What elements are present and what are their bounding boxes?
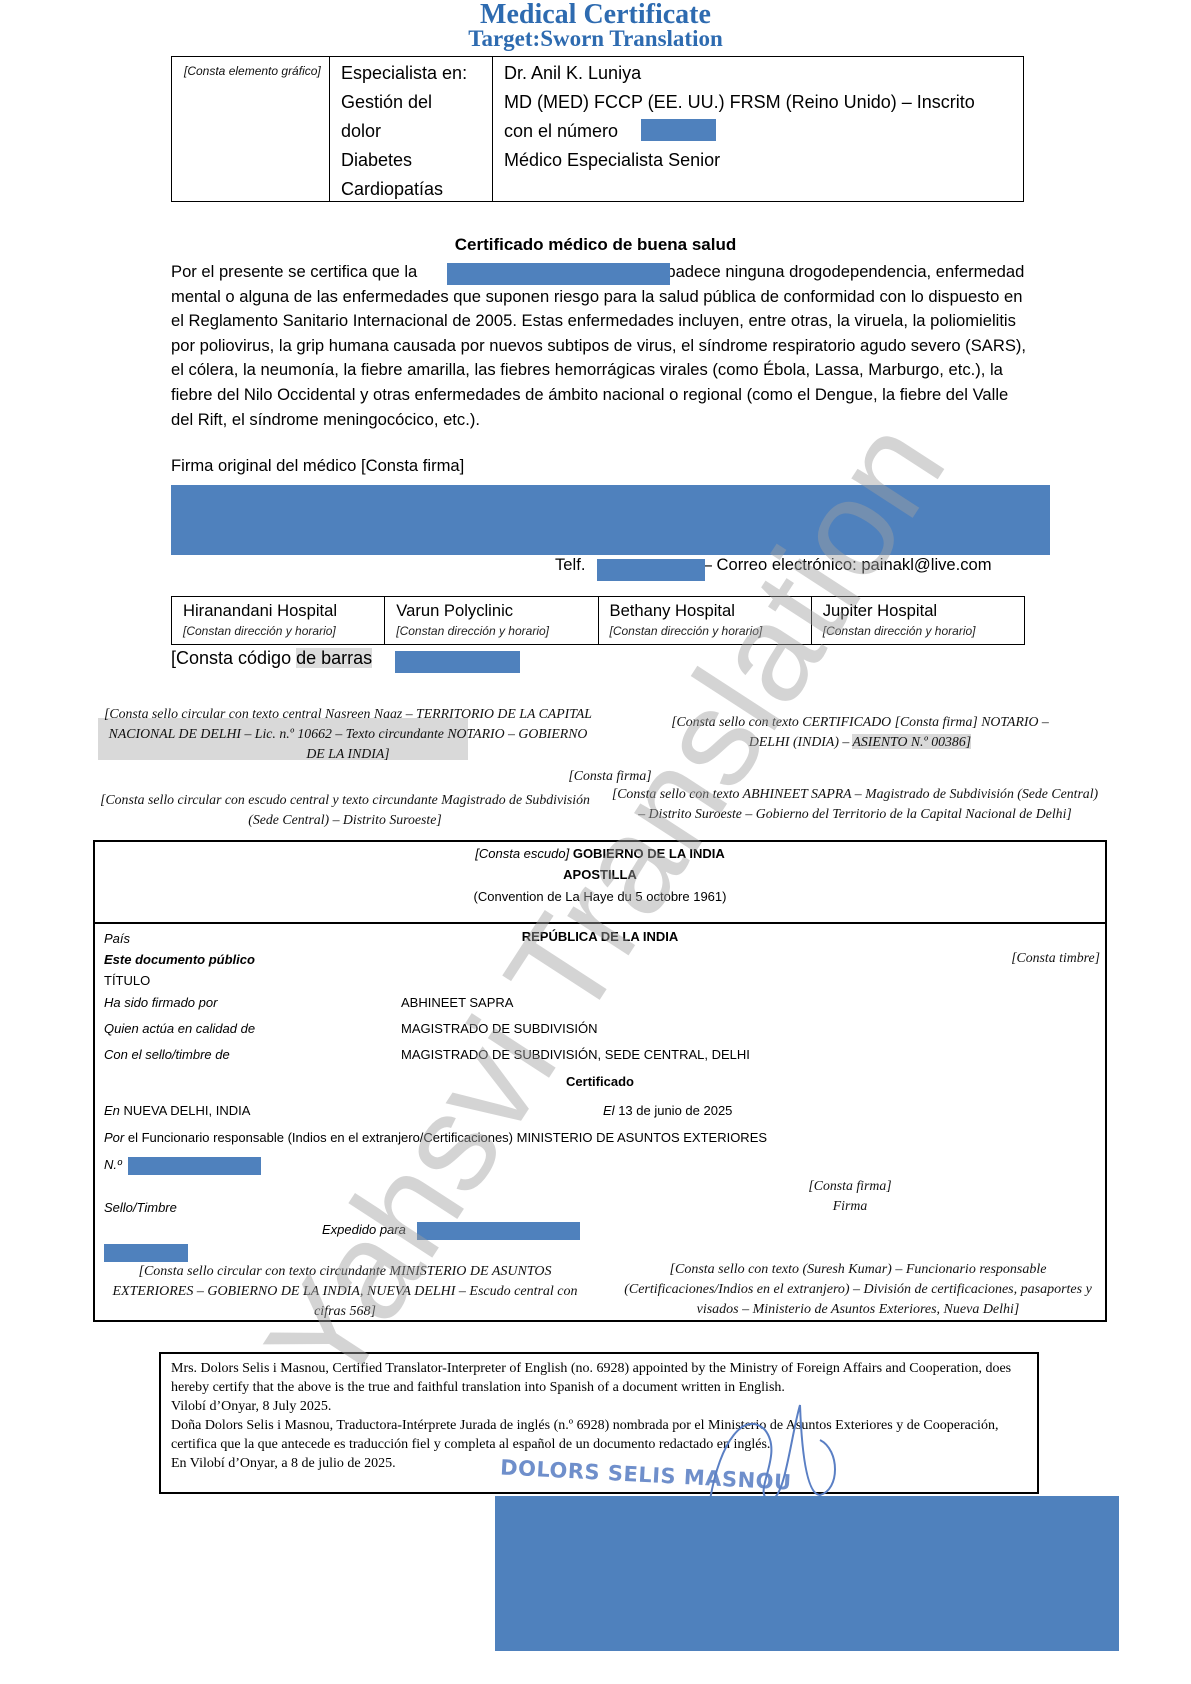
barcode-note: [Consta código de barras <box>171 648 372 669</box>
capacity-label: Quien actúa en calidad de <box>104 1021 255 1036</box>
authority-label: Por <box>104 1130 124 1145</box>
document-subtitle: Target:Sworn Translation <box>0 26 1191 52</box>
hospitals-table: Hiranandani Hospital [Constan dirección … <box>171 596 1025 645</box>
seal-value: MAGISTRADO DE SUBDIVISIÓN, SEDE CENTRAL,… <box>401 1047 750 1062</box>
hospital-note: [Constan dirección y horario] <box>183 622 384 640</box>
doctor-signature-line: Firma original del médico [Consta firma] <box>171 456 464 476</box>
translator-signature-icon <box>690 1400 850 1510</box>
stamp-label: Sello/Timbre <box>104 1200 177 1215</box>
certificate-heading: Certificado médico de buena salud <box>0 235 1191 255</box>
country-value: REPÚBLICA DE LA INDIA <box>93 929 1107 944</box>
specialty-line: Gestión del <box>341 88 492 117</box>
date-value: 13 de junio de 2025 <box>618 1103 732 1118</box>
body-rest: no padece ninguna drogodependencia, enfe… <box>171 262 1026 429</box>
magistrate-circular-stamp-note: [Consta sello circular con escudo centra… <box>100 790 590 830</box>
email-text: – Correo electrónico: painakl@live.com <box>703 555 992 574</box>
specialty-line: Especialista en: <box>341 59 492 88</box>
ministry-stamp-note: [Consta sello circular con texto circund… <box>105 1262 585 1322</box>
redacted-translator-seal <box>495 1496 1119 1651</box>
body-start: Por el presente se certifica que la <box>171 262 417 281</box>
issued-for-label: Expedido para <box>322 1222 406 1237</box>
redacted-apostille-number <box>128 1157 261 1175</box>
seal-label: Con el sello/timbre de <box>104 1047 230 1062</box>
doctor-name: Dr. Anil K. Luniya <box>504 59 1023 88</box>
redacted-patient-name <box>447 263 670 285</box>
translator-date-en: Vilobí d’Onyar, 8 July 2025. <box>171 1397 1031 1416</box>
translator-statement-en: Mrs. Dolors Selis i Masnou, Certified Tr… <box>171 1359 1031 1397</box>
barcode-highlight: de barras <box>296 648 372 668</box>
hospital-name: Hiranandani Hospital <box>183 599 384 622</box>
number-label: N.º <box>104 1157 122 1172</box>
apostille-title: APOSTILLA <box>93 867 1107 882</box>
capacity-value: MAGISTRADO DE SUBDIVISIÓN <box>401 1021 597 1036</box>
place-value: NUEVA DELHI, INDIA <box>124 1103 251 1118</box>
hospital-note: [Constan dirección y horario] <box>610 622 811 640</box>
redacted-stamp-id <box>104 1244 188 1262</box>
doctor-qualifications: MD (MED) FCCP (EE. UU.) FRSM (Reino Unid… <box>504 88 1023 117</box>
translator-certification-text: Mrs. Dolors Selis i Masnou, Certified Tr… <box>171 1359 1031 1473</box>
stamp-duty-note: [Consta timbre] <box>960 948 1100 968</box>
redacted-registration-number <box>641 119 716 141</box>
redacted-phone <box>597 559 705 581</box>
specialty-line: dolor <box>341 117 492 146</box>
escudo-note: [Consta escudo] <box>475 846 569 861</box>
hospital-cell: Jupiter Hospital [Constan dirección y ho… <box>812 597 1024 644</box>
translator-statement-es: Doña Dolors Selis i Masnou, Traductora-I… <box>171 1416 1031 1454</box>
doctor-registration: con el número <box>504 117 1023 146</box>
redacted-issued-for <box>417 1222 580 1240</box>
doctor-header-table: [Consta elemento gráfico] Especialista e… <box>171 56 1024 202</box>
signed-by-value: ABHINEET SAPRA <box>401 995 513 1010</box>
notary-circular-stamp-note: [Consta sello circular con texto central… <box>98 704 598 764</box>
doctor-position: Médico Especialista Senior <box>504 146 1023 175</box>
magistrate-stamp-note: [Consta sello con texto ABHINEET SAPRA –… <box>610 784 1100 824</box>
redacted-signature-block <box>171 485 1050 555</box>
redacted-barcode <box>395 651 520 673</box>
hospital-name: Varun Polyclinic <box>396 599 597 622</box>
apostille-government: GOBIERNO DE LA INDIA <box>573 846 725 861</box>
apostille-government-line: [Consta escudo] GOBIERNO DE LA INDIA <box>93 846 1107 861</box>
graphic-element-note: [Consta elemento gráfico] <box>172 57 330 201</box>
titulo-label: TÍTULO <box>104 973 150 988</box>
apostille-divider <box>93 922 1107 924</box>
hospital-note: [Constan dirección y horario] <box>823 622 1024 640</box>
hospital-name: Bethany Hospital <box>610 599 811 622</box>
specialty-line: Cardiopatías <box>341 175 492 204</box>
notary-signature-note: [Consta firma] <box>510 766 710 786</box>
hospital-cell: Bethany Hospital [Constan dirección y ho… <box>599 597 812 644</box>
place-line: En NUEVA DELHI, INDIA <box>104 1103 250 1118</box>
certified-stamp-entry: ASIENTO N.º 00386] <box>852 734 971 749</box>
place-label: En <box>104 1103 120 1118</box>
apostille-convention: (Convention de La Haye du 5 octobre 1961… <box>93 889 1107 904</box>
signed-by-label: Ha sido firmado por <box>104 995 217 1010</box>
public-document-label: Este documento público <box>104 952 255 967</box>
authority-line: Por el Funcionario responsable (Indios e… <box>104 1130 767 1145</box>
doctor-info-cell: Dr. Anil K. Luniya MD (MED) FCCP (EE. UU… <box>493 57 1023 201</box>
apostille-signature-note: [Consta firma] <box>780 1176 920 1196</box>
certified-stamp-line2: DELHI (INDIA) – <box>749 734 853 749</box>
certified-stamp-note: [Consta sello con texto CERTIFICADO [Con… <box>620 712 1100 752</box>
certified-heading: Certificado <box>93 1074 1107 1089</box>
barcode-prefix: [Consta código <box>171 648 296 668</box>
hospital-note: [Constan dirección y horario] <box>396 622 597 640</box>
hospital-name: Jupiter Hospital <box>823 599 1024 622</box>
specialties-cell: Especialista en: Gestión del dolor Diabe… <box>330 57 493 201</box>
hospital-cell: Varun Polyclinic [Constan dirección y ho… <box>385 597 598 644</box>
authority-value: el Funcionario responsable (Indios en el… <box>128 1130 767 1145</box>
apostille-signature-label: Firma <box>780 1196 920 1216</box>
date-line: El 13 de junio de 2025 <box>603 1103 732 1118</box>
tel-label: Telf. <box>555 555 585 574</box>
registration-label: con el número <box>504 121 618 141</box>
officer-stamp-note: [Consta sello con texto (Suresh Kumar) –… <box>618 1260 1098 1320</box>
date-label: El <box>603 1103 615 1118</box>
hospital-cell: Hiranandani Hospital [Constan dirección … <box>172 597 385 644</box>
certified-stamp-line1: [Consta sello con texto CERTIFICADO [Con… <box>620 712 1100 732</box>
specialty-line: Diabetes <box>341 146 492 175</box>
